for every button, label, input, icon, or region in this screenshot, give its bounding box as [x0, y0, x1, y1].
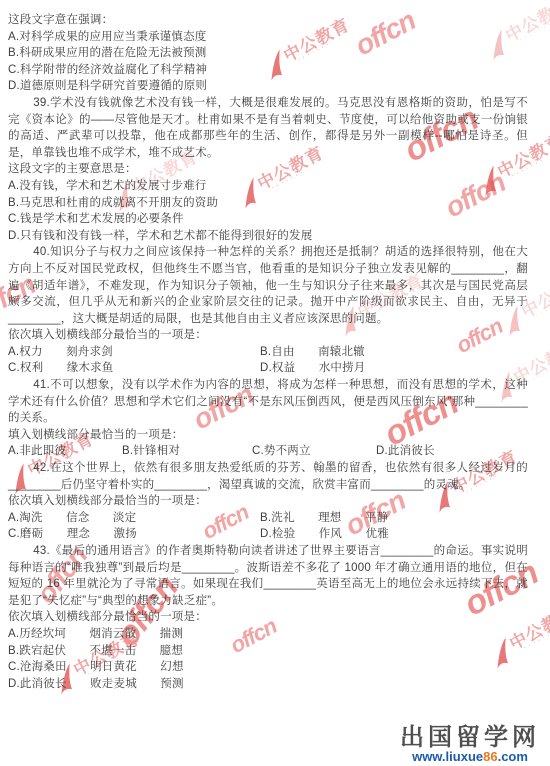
intro-option-c: C.科学附带的经济效益腐化了科学精神 — [8, 62, 528, 79]
question-39-option-a: A.没有钱，学术和艺术的发展寸步难行 — [8, 178, 528, 195]
question-41-stem: 41.不可以想象，没有以学术作为内容的思想，将成为怎样一种思想，而没有思想的学术… — [8, 377, 528, 427]
question-40-prompt: 依次填入划横线部分最恰当的一项是： — [8, 327, 528, 344]
question-43-option-c: C.沧海桑田 明日黄花 幻想 — [8, 659, 528, 676]
question-39-stem: 39.学术没有钱就像艺术没有钱一样，大概是很难发展的。马克思没有恩格斯的资助，怕… — [8, 95, 528, 161]
question-40-option-a: A.权力 刻舟求剑 — [8, 344, 260, 361]
question-43-option-d: D.此消彼长 败走麦城 预测 — [8, 676, 528, 693]
question-39-option-b: B.马克思和杜甫的成就离不开朋友的资助 — [8, 195, 528, 212]
question-40-option-row: C.权利 缘木求鱼D.权益 水中捞月 — [8, 360, 528, 377]
question-42-option-d: D.检验 作风 优雅 — [260, 528, 389, 540]
intro-option-d: D.道德原则是科学研究首要遵循的原则 — [8, 78, 528, 95]
site-url-number: 86 — [483, 749, 497, 764]
question-40-option-d: D.权益 水中捞月 — [260, 362, 366, 374]
site-url: www.liuxue86.com — [400, 750, 540, 764]
intro-prompt: 这段文字意在强调： — [8, 12, 528, 29]
intro-option-b: B.科研成果应用的潜在危险无法被预测 — [8, 45, 528, 62]
question-39-option-c: C.钱是学术和艺术发展的必要条件 — [8, 211, 528, 228]
question-39-prompt: 这段文字的主要意思是： — [8, 161, 528, 178]
question-43-option-a: A.历经坎坷 烟消云散 揣测 — [8, 626, 528, 643]
question-42-option-row: A.淘洗 信念 淡定B.洗礼 理想 平静 — [8, 510, 528, 527]
question-42-option-b: B.洗礼 理想 平静 — [260, 512, 388, 524]
site-name: 出国留学网 — [400, 726, 540, 750]
question-42-stem: 42.在这个世界上，依然有很多朋友热爱纸质的芬芳、翰墨的留香，也依然有很多人经过… — [8, 460, 528, 493]
question-40-option-b: B.自由 南辕北辙 — [260, 346, 365, 358]
intro-option-a: A.对科学成果的应用应当秉承谨慎态度 — [8, 29, 528, 46]
question-43-option-b: B.跌宕起伏 不堪一击 臆想 — [8, 643, 528, 660]
question-40-stem: 40.知识分子与权力之间应该保持一种怎样的关系？拥抱还是抵制？胡适的选择很特别，… — [8, 244, 528, 327]
question-41-option-a: A.非此即彼 — [8, 443, 122, 460]
question-40-option-c: C.权利 缘木求鱼 — [8, 360, 260, 377]
question-40-option-row: A.权力 刻舟求剑B.自由 南辕北辙 — [8, 344, 528, 361]
question-41-option-row: A.非此即彼B.针锋相对C.势不两立D.此消彼长 — [8, 443, 528, 460]
question-41-option-c: C.势不两立 — [252, 443, 376, 460]
exam-text-body: 这段文字意在强调： A.对科学成果的应用应当秉承谨慎态度 B.科研成果应用的潜在… — [0, 0, 550, 692]
question-39-option-d: D.只有钱和没有钱一样，学术和艺术都不能得到很好的发展 — [8, 228, 528, 245]
question-41-prompt: 填入划横线部分最恰当的一项是： — [8, 427, 528, 444]
question-41-option-b: B.针锋相对 — [122, 443, 252, 460]
scanned-exam-page: offcn offcn offcn offcn offcn offcn offc… — [0, 0, 550, 766]
question-41-option-d: D.此消彼长 — [376, 445, 435, 457]
question-42-option-c: C.磨砺 理念 激扬 — [8, 526, 260, 543]
question-42-prompt: 依次填入划横线部分最恰当的一项是： — [8, 493, 528, 510]
question-42-option-row: C.磨砺 理念 激扬D.检验 作风 优雅 — [8, 526, 528, 543]
question-42-option-a: A.淘洗 信念 淡定 — [8, 510, 260, 527]
site-logo: 出国留学网 www.liuxue86.com — [400, 726, 540, 764]
question-43-stem: 43.《最后的通用语言》的作者奥斯特勒向读者讲述了世界主要语言________的… — [8, 543, 528, 609]
question-43-prompt: 依次填入划横线部分最恰当的一项是： — [8, 609, 528, 626]
